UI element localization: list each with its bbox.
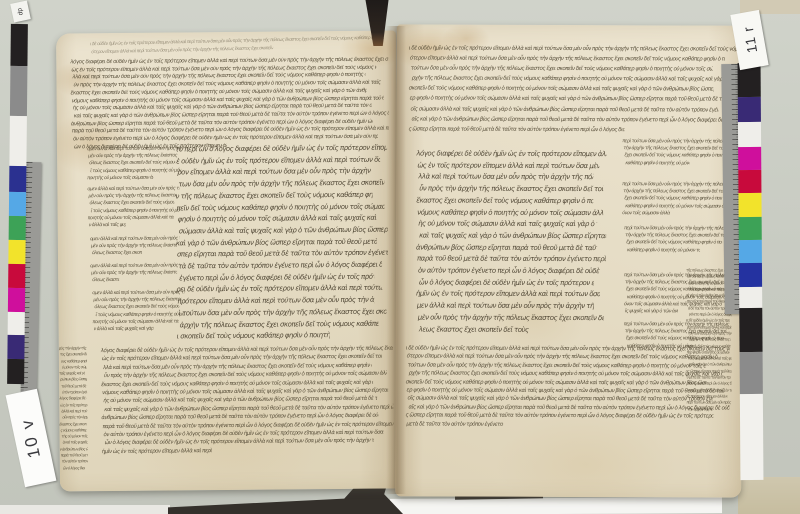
script-line: λόγος διαφέρει δὲ οὐδὲν ἡμῖν ὡς ἐν τοῖς … bbox=[59, 396, 86, 403]
manuscript-photo-stage: ι δὲ οὐδὲν ἡμῖν ὡς ἐν τοῖς πρότερον εἴπο… bbox=[0, 0, 800, 514]
script-line: ὖν πρὸς τὴν ἀρχὴν τῆς πόλεως ἕκαστος ἔχε… bbox=[419, 184, 603, 196]
calibration-patch-yellow bbox=[8, 240, 25, 264]
table-edge-bottom-right bbox=[738, 477, 800, 514]
calibration-patch-light-blue bbox=[739, 240, 762, 263]
script-line: οῖς σώμασιν ἀλλὰ καὶ ταῖς ψυχαῖς καὶ γὰρ… bbox=[411, 104, 719, 115]
left-page-scholia-block-4: ομεν ἀλλὰ καὶ περὶ τούτων ὅσα μὲν οὖν πρ… bbox=[90, 262, 180, 285]
script-line: ὰ καὶ ταῖς ψυχαῖς καὶ γὰρ ὁ τῶν ἀνθρώπων… bbox=[63, 440, 88, 447]
script-line: ἔχει σκοπεῖν δεῖ τοὺς νόμους καθάπερ φησ… bbox=[624, 196, 722, 204]
script-line: λόγος διαφέρει δὲ οὐδὲν ἡμῖν ὡς ἐν τοῖς … bbox=[416, 148, 606, 160]
script-line: όλεως ἕκαστος ἔχει σκοπεῖν δεῖ τοὺς νόμο… bbox=[92, 250, 142, 258]
script-line: ἡμῖν ὡς ἐν τοῖς πρότερον εἴπομεν ἀλλὰ κα… bbox=[416, 289, 600, 301]
script-line: νόμους καθάπερ φησὶν ὁ ποιητὴς οὐ μόνον … bbox=[417, 207, 603, 219]
script-line: ὧν ὁ λόγος διαφέρει δὲ οὐδὲν ἡμῖν ὡς ἐν … bbox=[63, 465, 85, 471]
calibration-patch-black bbox=[10, 24, 27, 66]
bottom-left-white-strip bbox=[0, 505, 170, 514]
calibration-patch-green bbox=[739, 217, 762, 240]
top-left-tag: dp bbox=[10, 0, 31, 22]
bottom-white-strip bbox=[390, 497, 722, 514]
script-line: ὧν ὁ λόγος διαφέρει δὲ οὐδὲν ἡμῖν ὡς ἐν … bbox=[419, 277, 594, 289]
calibration-patch-dark-blue bbox=[9, 166, 26, 192]
left-page-scholia-block-2: ομεν ἀλλὰ καὶ περὶ τούτων ὅσα μὲν οὖν πρ… bbox=[87, 185, 179, 230]
left-folio-label-text: 10 v bbox=[17, 416, 45, 459]
calibration-patch-white bbox=[9, 116, 27, 166]
left-page-main-text-block: το περὶ ὧν ὁ λόγος διαφέρει δὲ οὐδὲν ἡμῖ… bbox=[175, 143, 389, 346]
script-line: ὴς οὐ μόνον τοῖς σώμασιν ἀλλὰ καὶ ταῖς ψ… bbox=[418, 219, 597, 231]
script-line: μὲν οὖν πρὸς τὴν ἀρχὴν τῆς πόλεως ἕκαστο… bbox=[418, 312, 604, 324]
script-line: ἀρχὴν τῆς πόλεως ἕκαστος ἔχει σκοπεῖν δε… bbox=[689, 337, 731, 343]
script-line: ὧν ὁ λόγος διαφέρει δὲ οὐδὲν ἡμῖν ὡς ἐν … bbox=[105, 437, 374, 448]
script-line: ν ἀλλὰ καὶ ταῖς ψυχαῖς καὶ γὰρ ὁ τῶν ἀνθ… bbox=[94, 326, 154, 334]
calibration-patch-yellow bbox=[738, 193, 761, 217]
calibration-patch-red bbox=[8, 264, 25, 288]
calibration-patch-black-2 bbox=[7, 359, 24, 384]
script-line: μετὰ δὲ ταῦτα τὸν αὐτὸν τρόπον ἐγένετο π… bbox=[406, 420, 503, 429]
calibration-patch-red bbox=[738, 170, 761, 193]
script-line: ποιητὴς οὐ μόνον τοῖς σώμασιν ἀλλὰ καὶ τ… bbox=[88, 214, 174, 222]
script-line: λεως ἕκαστος ἔχει σκοπεῖν δεῖ τοὺς νόμου… bbox=[419, 324, 529, 336]
left-page-lower-text-block: λόγος διαφέρει δὲ οὐδὲν ἡμῖν ὡς ἐν τοῖς … bbox=[101, 345, 394, 457]
calibration-patch-white bbox=[738, 122, 761, 147]
left-page-scholia-block-5: ομεν ἀλλὰ καὶ περὶ τούτων ὅσα μὲν οὖν πρ… bbox=[92, 289, 184, 334]
script-line: μὲν οὖν πρὸς τὴν ἀρχὴν τῆς πόλεως ἕκαστο… bbox=[91, 270, 177, 278]
script-line: οὖν πρὸς τὴν ἀρχὴν τῆς πόλεως ἕκαστος ἔχ… bbox=[62, 414, 87, 421]
script-line: ει δὲ οὐδὲν ἡμῖν ὡς ἐν τοῖς πρότερον εἴπ… bbox=[686, 318, 730, 324]
right-page-upper-text-block: ι δὲ οὐδὲν ἡμῖν ὡς ἐν τοῖς πρότερον εἴπο… bbox=[408, 43, 736, 135]
top-left-tag-text: dp bbox=[16, 7, 24, 16]
calibration-patch-magenta bbox=[738, 147, 761, 170]
right-calibration-strip bbox=[738, 63, 764, 480]
script-line: ν ἀλλὰ καὶ ταῖς ψυχαῖς καὶ γὰρ ὁ τῶν ἀνθ… bbox=[89, 222, 126, 230]
left-page-margin-notes: ρὸς τὴν ἀρχὴν τῆς πόλεως ἕκαστος ἔχει σκ… bbox=[59, 345, 88, 471]
calibration-patch-dark-violet bbox=[7, 335, 24, 359]
calibration-patch-white-3 bbox=[740, 394, 764, 480]
calibration-patch-magenta bbox=[8, 288, 25, 312]
script-line: ἀνθρώπων βίος ὥσπερ εἴρηται παρὰ τοῦ θεο… bbox=[416, 242, 597, 254]
right-page-scholia-block-2: περὶ τούτων ὅσα μὲν οὖν πρὸς τὴν ἀρχὴν τ… bbox=[622, 181, 728, 218]
script-line: τος ἔχει σκοπεῖν δεῖ τοὺς νόμους καθάπερ… bbox=[60, 352, 87, 359]
calibration-patch-dark-blue bbox=[739, 263, 762, 287]
script-line: καθάπερ φησὶν ὁ ποιητὴς οὐ μόνον τοῖς σώ… bbox=[625, 160, 689, 167]
left-page-upper-text-block: λόγος διαφέρει δὲ οὐδὲν ἡμῖν ὡς ἐν τοῖς … bbox=[70, 57, 389, 153]
calibration-patch-light-blue bbox=[9, 192, 26, 216]
script-line: όνον τοῖς σώμασιν ἀλλὰ καὶ ταῖς ψυχαῖς κ… bbox=[622, 210, 670, 217]
script-line: καθάπερ φησὶν ὁ ποιητὴς οὐ μόνον τοῖς σώ… bbox=[625, 203, 728, 211]
left-page-scholia-block-3: ομεν ἀλλὰ καὶ περὶ τούτων ὅσα μὲν οὖν πρ… bbox=[90, 235, 180, 258]
script-line: ὸν αὐτὸν τρόπον ἐγένετο περὶ ὧν ὁ λόγος … bbox=[418, 266, 600, 278]
script-line: ι σκοπεῖν δεῖ τοὺς νόμους καθάπερ φησὶν … bbox=[177, 330, 330, 343]
script-line: ὡς ἐν τοῖς πρότερον εἴπομεν ἀλλὰ καὶ περ… bbox=[417, 160, 599, 172]
right-folio-label-text: 11 r bbox=[739, 25, 759, 54]
script-line: ν τῆς πόλεως ἕκαστος ἔχει σκοπεῖν δεῖ το… bbox=[175, 190, 372, 203]
script-line: ποιητὴς οὐ μόνον τοῖς σώμασιν ἀλλὰ καὶ τ… bbox=[87, 174, 153, 182]
right-page-scholia-block-3: περὶ τούτων ὅσα μὲν οὖν πρὸς τὴν ἀρχὴν τ… bbox=[624, 225, 728, 255]
script-line: ἡμῖν ὡς ἐν τοῖς πρότερον εἴπομεν ἀλλὰ κα… bbox=[102, 447, 213, 456]
script-line: λλὰ καὶ περὶ τούτων ὅσα μὲν οὖν πρὸς τὴν… bbox=[418, 172, 593, 184]
right-page-main-text-block: λόγος διαφέρει δὲ οὐδὲν ἡμῖν ὡς ἐν τοῖς … bbox=[416, 148, 607, 336]
calibration-patch-gray bbox=[740, 352, 763, 394]
calibration-patch-black-2 bbox=[739, 308, 762, 352]
calibration-patch-white-2 bbox=[8, 312, 25, 335]
script-line: ἔχει σκοπεῖν δεῖ τοὺς νόμους καθάπερ φησ… bbox=[626, 240, 722, 248]
script-line: παρὰ τοῦ θεοῦ μετὰ δὲ ταῦτα τὸν αὐτὸν τρ… bbox=[417, 254, 606, 266]
script-line: καθάπερ φησὶν ὁ ποιητὴς οὐ μόνον τοῖς σώ… bbox=[627, 247, 700, 254]
calibration-patch-gray bbox=[10, 66, 28, 116]
calibration-patch-dark-violet bbox=[738, 97, 761, 122]
gutter-crease bbox=[386, 26, 406, 494]
script-line: όλεως ἕκαστος ἔχει σκοπεῖν δεῖ τοὺς νόμο… bbox=[92, 277, 119, 284]
calibration-patch-green bbox=[9, 216, 26, 240]
right-page: ι δὲ οὐδὲν ἡμῖν ὡς ἐν τοῖς πρότερον εἴπο… bbox=[395, 24, 743, 497]
script-line: ἕκαστος ἔχει σκοπεῖν δεῖ τοὺς νόμους καθ… bbox=[416, 195, 593, 207]
script-line: ερ φησὶν ὁ ποιητὴς οὐ μόνον τοῖς σώμασιν… bbox=[410, 94, 731, 105]
script-line: ς ὥσπερ εἴρηται παρὰ τοῦ θεοῦ μετὰ δὲ τα… bbox=[408, 124, 625, 135]
script-line: ῖς ψυχαῖς καὶ γὰρ ὁ τῶν ἀνθρώπων βίος ὥσ… bbox=[625, 308, 678, 315]
left-page: ι δὲ οὐδὲν ἡμῖν ὡς ἐν τοῖς πρότερον εἴπο… bbox=[56, 31, 400, 492]
left-page-scholia-block-1: ομεν ἀλλὰ καὶ περὶ τούτων ὅσα μὲν οὖν πρ… bbox=[87, 145, 181, 182]
script-line: καὶ ταῖς ψυχαῖς καὶ γὰρ ὁ τῶν ἀνθρώπων β… bbox=[419, 230, 606, 242]
right-page-scholia-block-1: περὶ τούτων ὅσα μὲν οὖν πρὸς τὴν ἀρχὴν τ… bbox=[622, 138, 728, 168]
calibration-patch-white-2 bbox=[739, 287, 762, 308]
left-folio-label: 10 v bbox=[6, 389, 57, 488]
script-line: μεν ἀλλὰ καὶ περὶ τούτων ὅσα μὲν οὖν πρὸ… bbox=[417, 301, 594, 313]
script-line: ἀρχὴν τῆς πόλεως ἕκαστος ἔχει σκοπεῖν δε… bbox=[180, 318, 379, 331]
script-line: τὸν αὐτὸν τρόπον ἐγένετο περὶ ὧν ὁ λόγος… bbox=[62, 459, 88, 466]
script-line: ἔχει σκοπεῖν δεῖ τοὺς νόμους καθάπερ φησ… bbox=[624, 153, 722, 161]
right-page-lower-text-block: ι δὲ οὐδὲν ἡμῖν ὡς ἐν τοῖς πρότερον εἴπο… bbox=[405, 344, 729, 433]
